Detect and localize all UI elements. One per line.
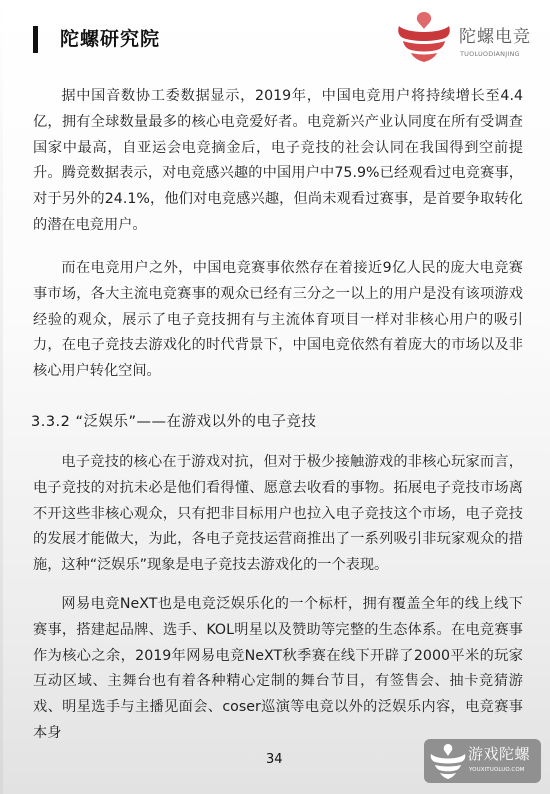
header-title: 陀螺研究院: [60, 26, 160, 53]
brand-logo: 陀螺电竞 TUOLUODIANJING: [393, 8, 543, 68]
paragraph: 电子竞技的核心在于游戏对抗，但对于极少接触游戏的非核心玩家而言，电子竞技的对抗未…: [33, 450, 523, 579]
watermark-name: 游戏陀螺: [468, 745, 530, 763]
brand-subtitle: TUOLUODIANJING: [460, 50, 520, 58]
spinning-top-logo-icon: [393, 8, 455, 66]
page-number: 34: [266, 752, 283, 767]
paragraph: 而在电竞用户之外，中国电竞赛事依然存在着接近9亿人民的庞大电竞赛事市场，各大主流…: [33, 256, 523, 385]
page-edge: [0, 0, 3, 794]
watermark-subtitle: YOUXITUOLUO.COM: [469, 767, 525, 773]
page-header: 陀螺研究院 陀螺电竞 TUOLUODIANJING: [0, 0, 550, 80]
section-heading: 3.3.2 “泛娱乐”——在游戏以外的电子竞技: [31, 412, 317, 432]
watermark: 游戏陀螺 YOUXITUOLUO.COM: [424, 739, 541, 783]
brand-name: 陀螺电竞: [459, 27, 531, 47]
header-accent-bar: [33, 26, 38, 53]
paragraph: 据中国音数协工委数据显示，2019年，中国电竞用户将持续增长至4.4亿，拥有全球…: [33, 84, 523, 239]
paragraph: 网易电竞NeXT也是电竞泛娱乐化的一个标杆，拥有覆盖全年的线上线下赛事，搭建起品…: [33, 592, 523, 747]
spinning-top-logo-icon: [428, 742, 468, 780]
